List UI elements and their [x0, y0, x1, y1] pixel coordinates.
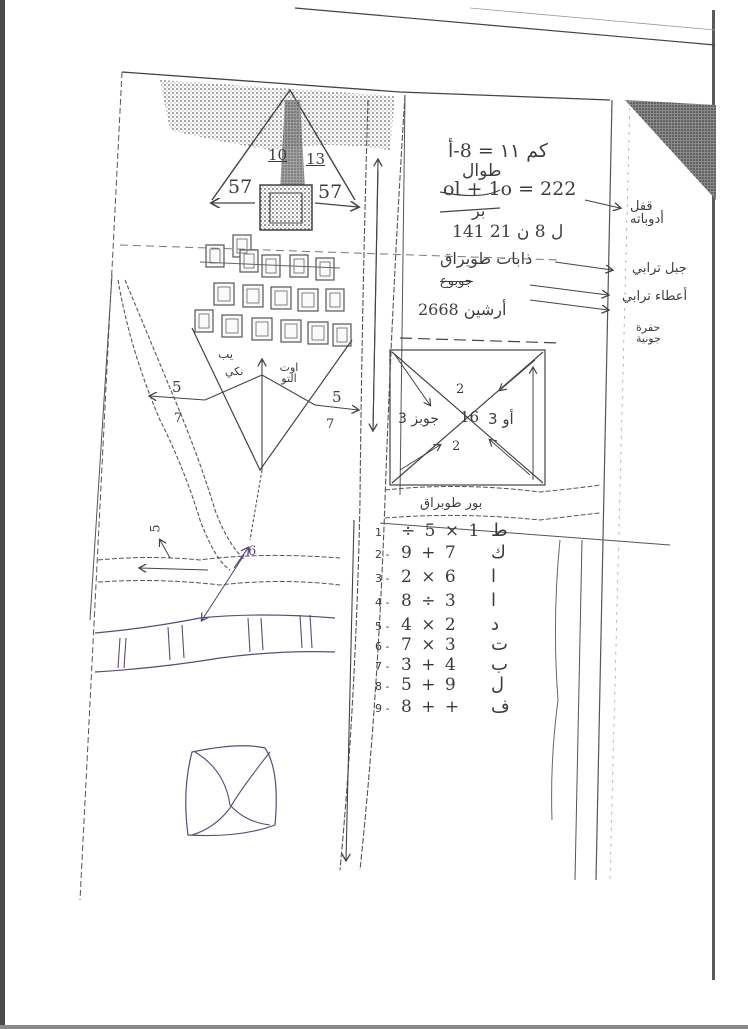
cross-bottom-value: 2 — [452, 440, 460, 453]
circle-symbol — [186, 746, 277, 836]
block-label-left: يب — [218, 348, 233, 360]
cross-center-value: 16 — [460, 410, 479, 425]
margin-note-3: أعطاء ترابي — [622, 290, 687, 303]
note-line-5: 141 ل 8 ن 21 — [452, 224, 563, 241]
cross-right-text: أو 3 — [488, 412, 514, 427]
label-5-right: 5 — [332, 390, 342, 405]
list-item: 9 -8 + +ف — [375, 696, 510, 717]
kite-outline — [192, 328, 352, 470]
corner-shade — [625, 100, 716, 200]
list-item: 6 -7 × 3ت — [375, 634, 508, 655]
foliage-area — [160, 80, 395, 150]
note-line-3: ol + 1o = 222 — [443, 180, 576, 199]
list-header: بور طوبراق — [420, 497, 482, 510]
road-band — [95, 615, 335, 633]
list-item: 3 -2 × 6ا — [375, 566, 496, 587]
note-line-8: أرشين 2668 — [418, 302, 506, 318]
list-item: 5 -4 × 2د — [375, 614, 499, 635]
label-5-left: 5 — [172, 380, 182, 395]
note-line-6: ذابات طويراق — [440, 251, 532, 267]
sketch-drawing — [0, 0, 748, 1029]
label-10: 10 — [268, 148, 287, 163]
list-item: 7 -3 + 4ب — [375, 654, 508, 675]
note-line-7: جوبوع — [440, 275, 473, 288]
cross-left-text: 3 جوبز — [398, 412, 439, 426]
river-label: 6 — [248, 545, 256, 558]
label-57-left: 57 — [228, 178, 252, 197]
label-57-right: 57 — [318, 183, 342, 202]
label-7-left: 7 — [174, 412, 182, 425]
scan-line — [295, 8, 715, 45]
label-13: 13 — [306, 152, 325, 167]
list-item: 1÷ 5 × 1ط — [375, 520, 508, 541]
cross-top-value: 2 — [456, 383, 464, 396]
margin-note-1: قفل أدوباته — [630, 200, 690, 226]
label-7-right: 7 — [326, 418, 334, 431]
list-item: 4 -8 ÷ 3ا — [375, 590, 496, 611]
margin-note-2: جبل ترابي — [632, 262, 687, 275]
bottom-left-label: 5 — [150, 524, 163, 532]
list-item: 2 -9 + 7ك — [375, 542, 506, 563]
note-line-1: كم ١١ = 8-أ — [448, 142, 548, 161]
margin-note-4: حفرة جونية — [636, 322, 676, 344]
block-label-right: اوت التو — [272, 362, 306, 384]
note-line-4: بر — [472, 203, 485, 219]
block-label-mid: نكي — [225, 366, 243, 377]
list-item: 8 -5 + 9ل — [375, 674, 504, 695]
